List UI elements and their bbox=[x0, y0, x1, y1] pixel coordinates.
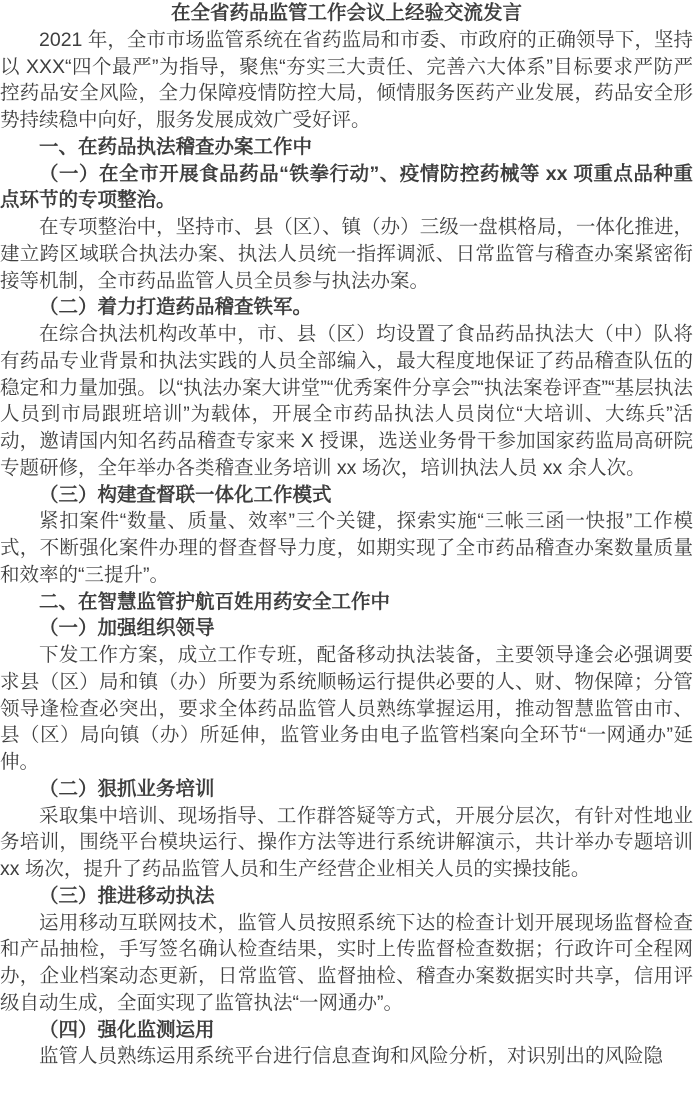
document-body: 2021 年，全市市场监管系统在省药监局和市委、市政府的正确领导下，坚持以 XX… bbox=[0, 27, 693, 1070]
document-page: 在全省药品监管工作会议上经验交流发言 2021 年，全市市场监管系统在省药监局和… bbox=[0, 0, 693, 1097]
paragraph: 在专项整治中，坚持市、县（区）、镇（办）三级一盘棋格局，一体化推进，建立跨区域联… bbox=[0, 214, 693, 294]
section-heading: （三）推进移动执法 bbox=[0, 883, 693, 910]
paragraph: 采取集中培训、现场指导、工作群答疑等方式，开展分层次，有针对性地业务培训，围绕平… bbox=[0, 803, 693, 883]
paragraph: 紧扣案件“数量、质量、效率”三个关键，探索实施“三帐三函一快报”工作模式，不断强… bbox=[0, 508, 693, 588]
paragraph: 在综合执法机构改革中，市、县（区）均设置了食品药品执法大（中）队将有药品专业背景… bbox=[0, 321, 693, 482]
document-title: 在全省药品监管工作会议上经验交流发言 bbox=[0, 0, 693, 27]
section-heading: 二、在智慧监管护航百姓用药安全工作中 bbox=[0, 589, 693, 616]
section-heading: （二）着力打造药品稽查铁军。 bbox=[0, 294, 693, 321]
paragraph: 运用移动互联网技术，监管人员按照系统下达的检查计划开展现场监督检查和产品抽检，手… bbox=[0, 910, 693, 1017]
paragraph: 下发工作方案，成立工作专班，配备移动执法装备，主要领导逢会必强调要求县（区）局和… bbox=[0, 642, 693, 776]
paragraph: 监管人员熟练运用系统平台进行信息查询和风险分析，对识别出的风险隐 bbox=[0, 1043, 693, 1070]
section-heading: （二）狠抓业务培训 bbox=[0, 776, 693, 803]
section-heading: （三）构建查督联一体化工作模式 bbox=[0, 482, 693, 509]
section-heading: 一、在药品执法稽查办案工作中 bbox=[0, 134, 693, 161]
section-heading: （一）加强组织领导 bbox=[0, 615, 693, 642]
section-heading: （四）强化监测运用 bbox=[0, 1017, 693, 1044]
paragraph: 2021 年，全市市场监管系统在省药监局和市委、市政府的正确领导下，坚持以 XX… bbox=[0, 27, 693, 134]
section-heading: （一）在全市开展食品药品“铁拳行动”、疫情防控药械等 xx 项重点品种重点环节的… bbox=[0, 161, 693, 215]
